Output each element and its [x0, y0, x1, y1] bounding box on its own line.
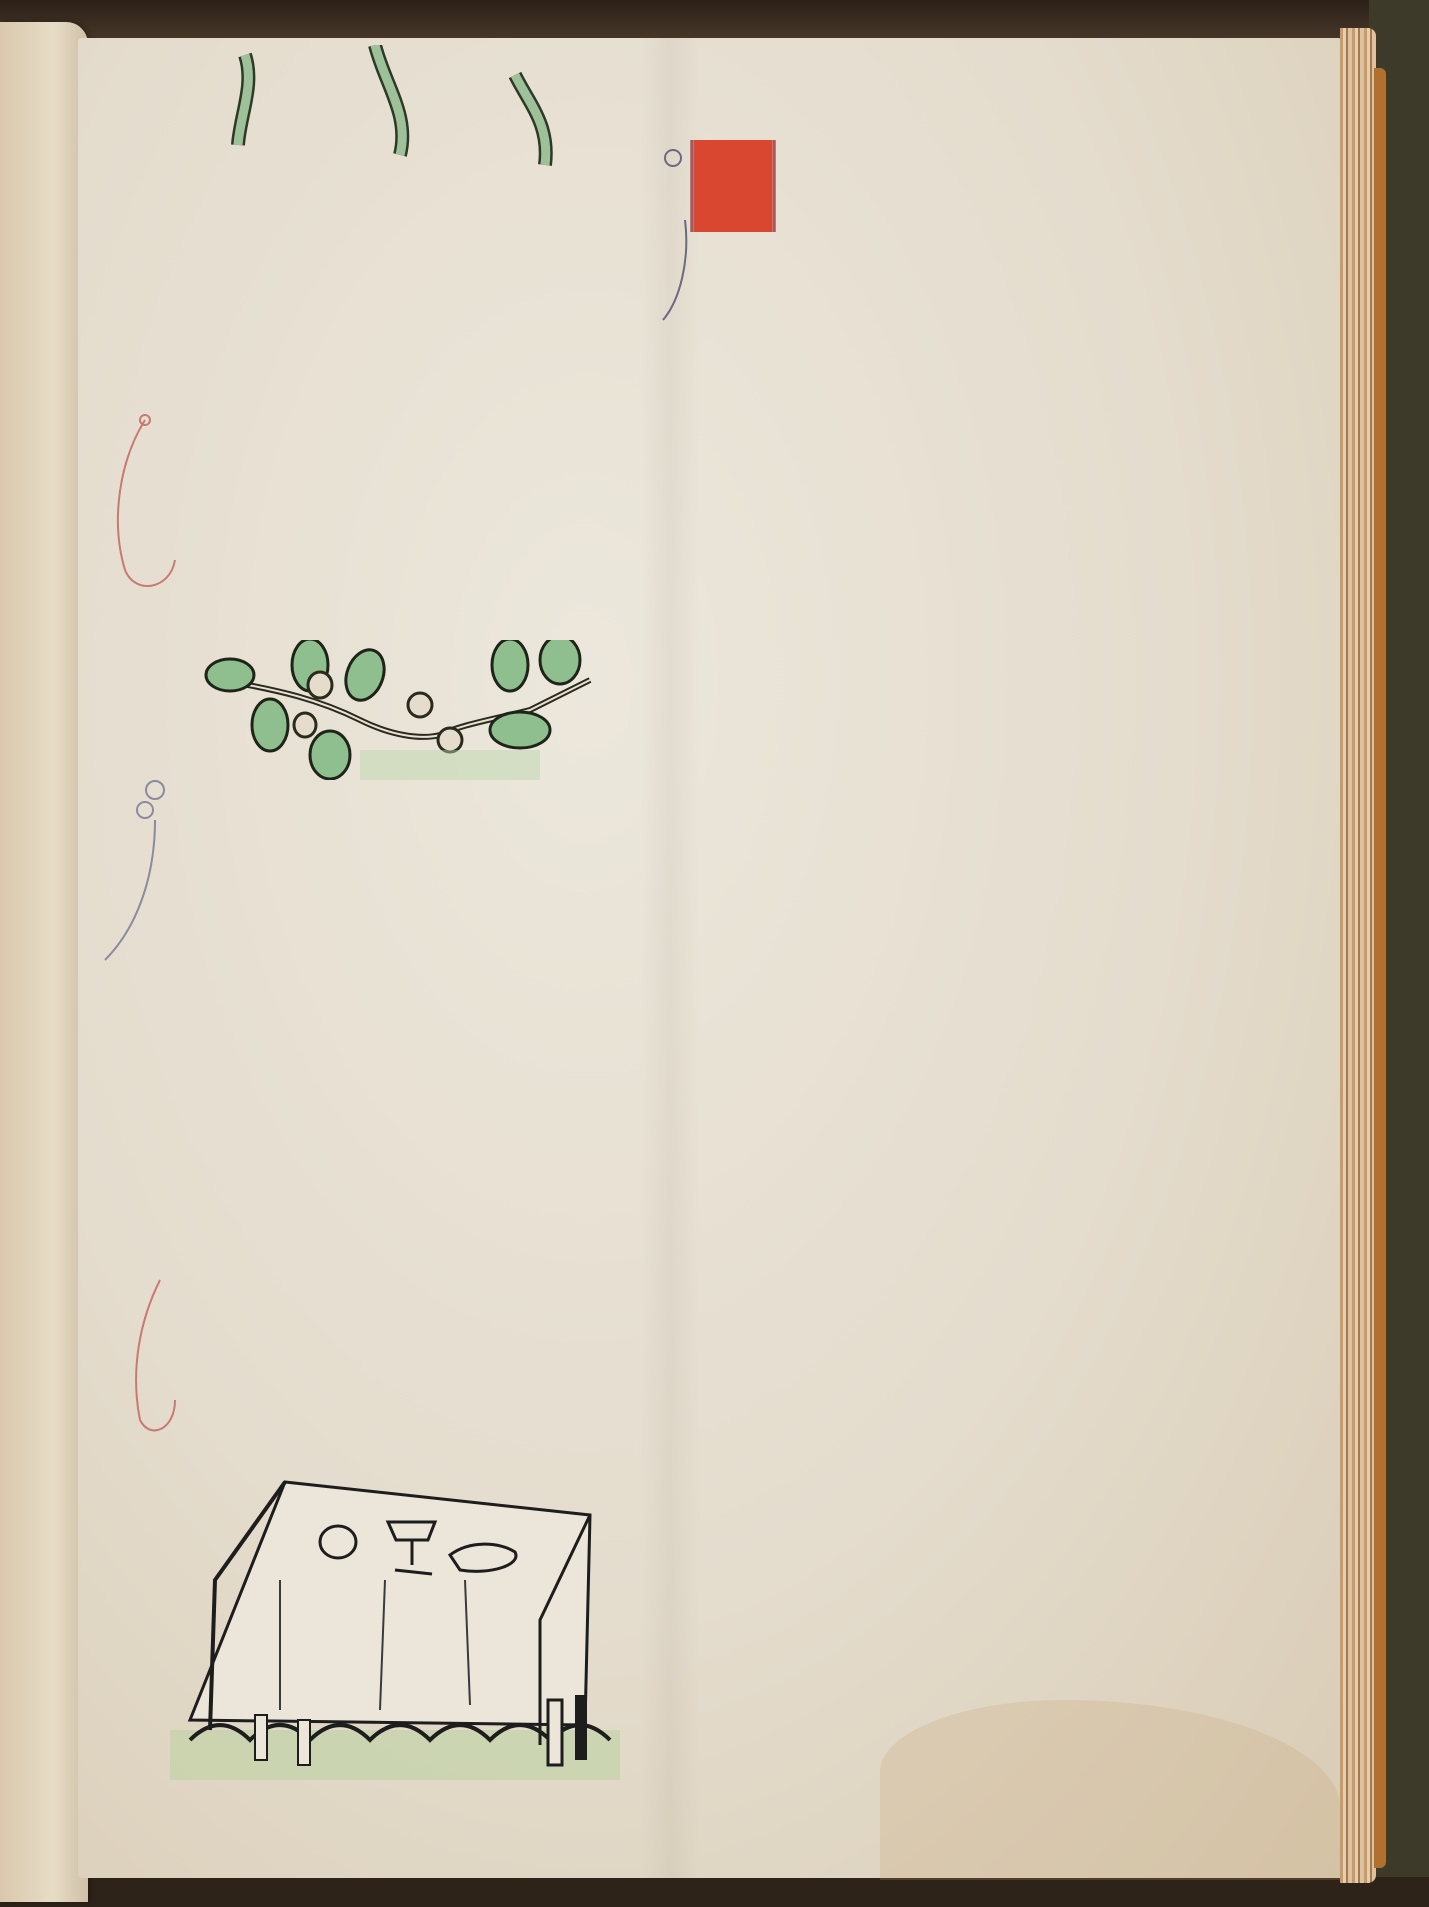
- top-fruit-illustration: [160, 45, 640, 345]
- oak-branch-illustration: [190, 640, 610, 780]
- pen-flourish: [110, 400, 190, 600]
- pen-flourish: [655, 140, 715, 340]
- background-bottom: [0, 1877, 1429, 1907]
- middle-fruit-illustration: [180, 1160, 620, 1310]
- pen-flourish: [95, 770, 185, 970]
- page-edges: [1340, 28, 1376, 1883]
- covered-table-illustration: [170, 1470, 620, 1790]
- pen-flourish: [120, 1260, 200, 1440]
- previous-leaf-edge: [0, 22, 88, 1902]
